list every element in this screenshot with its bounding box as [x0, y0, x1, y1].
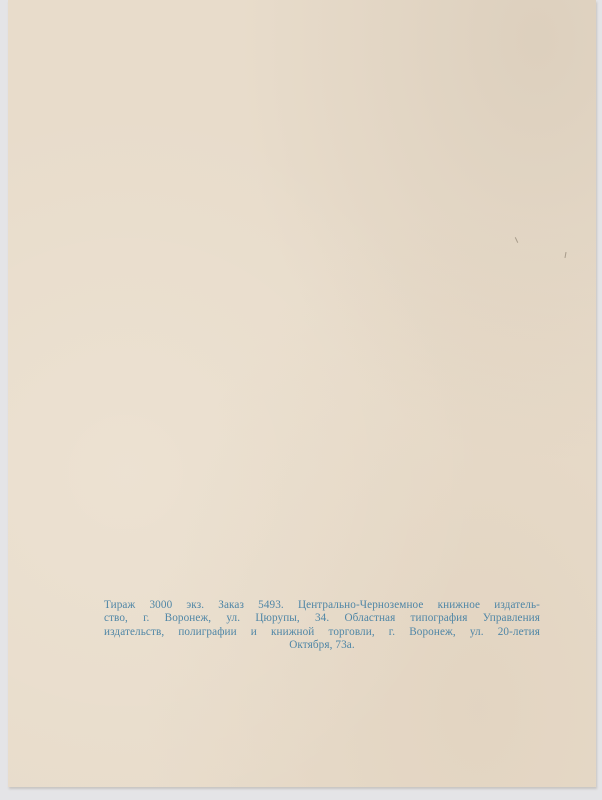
imprint-line-3: издательств, полиграфии и книжной торгов… [104, 626, 540, 639]
imprint-line-4: Октября, 73а. [104, 639, 540, 652]
paper-speck [564, 252, 566, 258]
scan-background: Тираж 3000 экз. Заказ 5493. Центрально-Ч… [0, 0, 602, 800]
imprint-line-2: ство, г. Воронеж, ул. Цюрупы, 34. Област… [104, 612, 540, 625]
imprint-line-1: Тираж 3000 экз. Заказ 5493. Центрально-Ч… [104, 599, 540, 612]
paper-page [8, 0, 596, 787]
paper-speck [515, 237, 518, 243]
imprint-text: Тираж 3000 экз. Заказ 5493. Центрально-Ч… [104, 599, 540, 653]
